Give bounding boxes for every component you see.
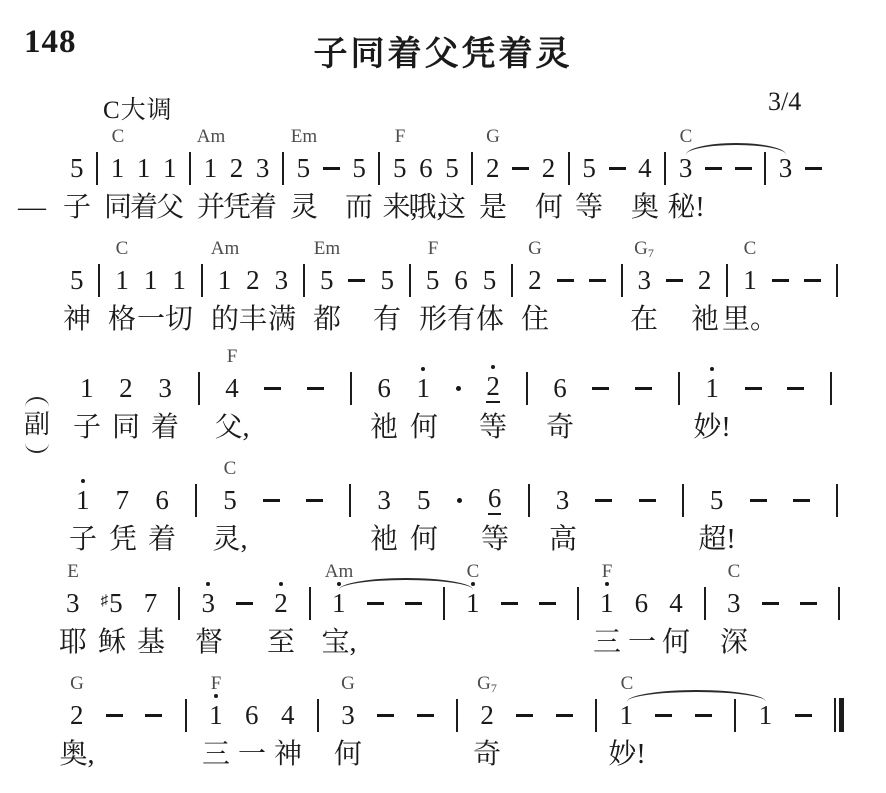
- note: 1: [466, 590, 480, 617]
- lyric-syllable: 子: [69, 522, 97, 558]
- lyric-syllable: 着: [130, 190, 158, 226]
- lyric-row: 奥,三一神何奇妙!: [70, 737, 844, 773]
- lyric-syllable: 灵: [290, 190, 318, 226]
- duration-dash: [367, 602, 384, 605]
- note: 3: [275, 267, 289, 294]
- note: 2: [486, 373, 500, 403]
- note: 1: [163, 155, 177, 182]
- page-title: 子同着父凭着灵: [0, 26, 886, 75]
- duration-dash: [405, 602, 422, 605]
- lyric-syllable: 满: [268, 302, 296, 338]
- note: 1: [137, 155, 151, 182]
- note: 1: [111, 155, 125, 182]
- lyric-syllable: 同: [112, 410, 140, 446]
- lyric-syllable: 的: [211, 302, 239, 338]
- lyric-syllable: 切: [165, 302, 193, 338]
- chord-label: C: [467, 561, 480, 583]
- duration-dash: [145, 714, 162, 717]
- note: 1: [332, 590, 346, 617]
- notes-row: 5111123555652321: [70, 262, 838, 298]
- lyric-syllable: 里。: [722, 302, 778, 338]
- chord-label: Am: [211, 238, 240, 260]
- chord-label: F: [227, 346, 238, 368]
- lyric-syllable: 父: [156, 190, 184, 226]
- final-barline-thick: [839, 698, 844, 732]
- duration-dash: [762, 602, 779, 605]
- duration-dash: [106, 714, 123, 717]
- note: 3: [727, 590, 741, 617]
- note: 5: [445, 155, 459, 182]
- barline: [303, 264, 305, 297]
- duration-dash: [512, 167, 529, 170]
- lyric-syllable: 灵,: [212, 522, 247, 558]
- note: 5: [223, 487, 237, 514]
- note: 1: [172, 267, 186, 294]
- note: 3: [679, 155, 693, 182]
- chord-label: F: [395, 126, 406, 148]
- lyric-syllable: 在: [630, 302, 658, 338]
- duration-dash: [745, 387, 762, 390]
- note: 5: [582, 155, 596, 182]
- chord-label: E: [67, 561, 79, 583]
- lyric-syllable: 何: [410, 522, 438, 558]
- note: 2: [70, 702, 84, 729]
- lyric-syllable: 至: [267, 625, 295, 661]
- duration-dash: [804, 279, 821, 282]
- chord-label: Em: [314, 238, 340, 260]
- octave-dot: [491, 365, 495, 369]
- system-2: CAmEmFGG7C5111123555652321神格一切的丰满都有形有体住在…: [70, 238, 838, 342]
- lyric-syllable: 一: [238, 737, 266, 773]
- lyric-syllable: 督: [195, 625, 223, 661]
- barline: [350, 372, 352, 405]
- chord-label: C: [112, 126, 125, 148]
- lyric-syllable: 何: [535, 190, 563, 226]
- barline: [309, 587, 311, 620]
- lyric-syllable: 祂: [370, 522, 398, 558]
- lyric-syllable: 祂: [691, 302, 719, 338]
- note: 6: [419, 155, 433, 182]
- note: 6: [488, 485, 502, 515]
- duration-dash: [655, 714, 672, 717]
- lyric-syllable: 这: [438, 190, 466, 226]
- note: 1: [743, 267, 757, 294]
- duration-dash: [666, 279, 683, 282]
- chord-label: G: [341, 673, 355, 695]
- chord-row: F: [80, 346, 832, 368]
- octave-dot: [421, 367, 425, 371]
- barline: [195, 484, 197, 517]
- note: 4: [638, 155, 652, 182]
- duration-dash: [705, 167, 722, 170]
- lyric-syllable: 等: [575, 190, 603, 226]
- barline: [178, 587, 180, 620]
- chord-row: CAmEmFGG7C: [70, 238, 838, 260]
- lyric-syllable: 宝,: [321, 625, 356, 661]
- chord-label: C: [621, 673, 634, 695]
- lyric-row: 子同着父,祂何等奇妙!: [80, 410, 832, 446]
- duration-dash: [557, 279, 574, 282]
- note: 5: [417, 487, 431, 514]
- note: 1: [209, 702, 223, 729]
- chord-label: C: [116, 238, 129, 260]
- barline: [664, 152, 666, 185]
- note: 2: [542, 155, 556, 182]
- note: 5: [710, 487, 724, 514]
- barline: [98, 264, 100, 297]
- note: 5: [393, 155, 407, 182]
- notes-row: 21643211: [70, 697, 844, 733]
- barline: [96, 152, 98, 185]
- system-3: F123461261子同着父,祂何等奇妙!: [80, 346, 832, 450]
- lyric-row: 神格一切的丰满都有形有体住在祂里。: [70, 302, 838, 338]
- barline: [830, 372, 832, 405]
- note: 1: [218, 267, 232, 294]
- note: 2: [274, 590, 288, 617]
- chord-row: EAmCFC: [66, 561, 840, 583]
- note: 3: [637, 267, 651, 294]
- system-6: GFGG7C21643211奥,三一神何奇妙!: [70, 673, 844, 777]
- chord-label: Am: [197, 126, 226, 148]
- note: 6: [245, 702, 259, 729]
- duration-dash: [539, 602, 556, 605]
- lyric-syllable: 秘!: [667, 190, 704, 226]
- lyric-row: 子凭着灵,祂何等高超!: [76, 522, 838, 558]
- lyric-syllable: 妙!: [608, 737, 645, 773]
- barline: [282, 152, 284, 185]
- duration-dash: [795, 714, 812, 717]
- lyric-syllable: 体: [476, 302, 504, 338]
- note: 3: [779, 155, 793, 182]
- refrain-label: 副: [19, 410, 55, 440]
- note: 1: [204, 155, 218, 182]
- note: 4: [669, 590, 683, 617]
- chord-label: Am: [325, 561, 354, 583]
- lyric-syllable: 三: [593, 625, 621, 661]
- notes-row: 511112355565225433: [70, 150, 822, 186]
- lyric-syllable: 等: [481, 522, 509, 558]
- chord-label: C: [744, 238, 757, 260]
- lyric-syllable: 凭: [109, 522, 137, 558]
- chord-label: F: [602, 561, 613, 583]
- augmentation-dot: [456, 386, 461, 391]
- lyric-syllable: 神: [63, 302, 91, 338]
- lyric-syllable: 子: [73, 410, 101, 446]
- lyric-syllable: 父,: [214, 410, 249, 446]
- duration-dash: [306, 499, 323, 502]
- duration-dash: [609, 167, 626, 170]
- note: 5: [320, 267, 334, 294]
- lyric-syllable: 奇: [473, 737, 501, 773]
- lyric-syllable: 而: [345, 190, 373, 226]
- note: 4: [225, 375, 239, 402]
- notes-row: 123461261: [80, 370, 832, 406]
- barline: [704, 587, 706, 620]
- chord-label: G7: [477, 673, 497, 695]
- barline: [734, 699, 736, 732]
- duration-dash: [236, 602, 253, 605]
- note: 1: [115, 267, 129, 294]
- barline: [568, 152, 570, 185]
- lyric-syllable: 祂: [370, 410, 398, 446]
- note: 7: [116, 487, 130, 514]
- sharp-icon: ♯: [101, 593, 109, 609]
- chord-label: G7: [634, 238, 654, 260]
- barline: [528, 484, 530, 517]
- chord-label: G: [528, 238, 542, 260]
- barline: [764, 152, 766, 185]
- note: 4: [281, 702, 295, 729]
- duration-dash: [592, 387, 609, 390]
- note: 5: [380, 267, 394, 294]
- barline: [836, 264, 838, 297]
- barline: [595, 699, 597, 732]
- barline: [511, 264, 513, 297]
- chord-label: G: [486, 126, 500, 148]
- note: 3: [158, 375, 172, 402]
- lyric-row: —子同着父并凭着灵而来,哦,这是何等奥秘!: [70, 190, 822, 226]
- lyric-syllable: 基: [137, 625, 165, 661]
- time-signature: 3/4: [768, 87, 801, 117]
- octave-dot: [337, 582, 341, 586]
- octave-dot: [279, 582, 283, 586]
- lyric-syllable: 一: [628, 625, 656, 661]
- duration-dash: [589, 279, 606, 282]
- note: 1: [80, 375, 94, 402]
- note: 2: [119, 375, 133, 402]
- vertical-paren-top-icon: [25, 397, 49, 408]
- note: 2: [486, 155, 500, 182]
- hymn-sheet: 148 子同着父凭着灵 C大调 3/4 副 CAmEmFGC5111123555…: [0, 0, 886, 793]
- duration-dash: [800, 602, 817, 605]
- lyric-syllable: 何: [334, 737, 362, 773]
- lyric-syllable: 奇: [546, 410, 574, 446]
- refrain-marker: 副: [19, 397, 55, 453]
- duration-dash: [556, 714, 573, 717]
- note: 3: [377, 487, 391, 514]
- note: 1: [600, 590, 614, 617]
- duration-dash: [735, 167, 752, 170]
- lyric-syllable: 超!: [698, 522, 735, 558]
- notes-row: 176535635: [76, 482, 838, 518]
- note: ♯5: [101, 590, 123, 617]
- note: 3: [341, 702, 355, 729]
- lyric-syllable: 子: [63, 190, 91, 226]
- duration-dash: [417, 714, 434, 717]
- barline: [726, 264, 728, 297]
- augmentation-dot: [457, 498, 462, 503]
- duration-dash: [639, 499, 656, 502]
- lyric-syllable: 并: [197, 190, 225, 226]
- lyric-syllable: 深: [720, 625, 748, 661]
- duration-dash: [787, 387, 804, 390]
- barline: [378, 152, 380, 185]
- note: 3: [202, 590, 216, 617]
- final-barline: [834, 698, 844, 732]
- duration-dash: [595, 499, 612, 502]
- lyric-syllable: 奥,: [59, 737, 94, 773]
- barline: [682, 484, 684, 517]
- lyric-syllable: 三: [202, 737, 230, 773]
- final-barline-thin: [834, 698, 836, 732]
- notes-row: 3♯5732111643: [66, 585, 840, 621]
- chord-label: C: [224, 458, 237, 480]
- key-signature: C大调: [103, 90, 173, 126]
- octave-dot: [471, 582, 475, 586]
- lyric-syllable: 形: [419, 302, 447, 338]
- note: 1: [620, 702, 634, 729]
- note: 1: [76, 487, 90, 514]
- note: 1: [417, 375, 431, 402]
- lyric-syllable: 奥: [631, 190, 659, 226]
- duration-dash: [805, 167, 822, 170]
- duration-dash: [263, 499, 280, 502]
- note: 6: [155, 487, 169, 514]
- octave-dot: [81, 479, 85, 483]
- note: 2: [246, 267, 260, 294]
- barline: [349, 484, 351, 517]
- lyric-syllable: 耶: [59, 625, 87, 661]
- lyric-syllable: 等: [479, 410, 507, 446]
- lyric-syllable: 妙!: [693, 410, 730, 446]
- octave-dot: [206, 582, 210, 586]
- note: 1: [705, 375, 719, 402]
- octave-dot: [214, 694, 218, 698]
- lyric-syllable: 着: [249, 190, 277, 226]
- duration-dash: [264, 387, 281, 390]
- duration-dash: [323, 167, 340, 170]
- barline: [577, 587, 579, 620]
- note: 5: [70, 267, 84, 294]
- chord-label: Em: [291, 126, 317, 148]
- note: 2: [698, 267, 712, 294]
- octave-dot: [605, 582, 609, 586]
- lyric-syllable: 同: [104, 190, 132, 226]
- note: 3: [66, 590, 80, 617]
- note: 1: [144, 267, 158, 294]
- note: 3: [256, 155, 270, 182]
- barline: [471, 152, 473, 185]
- duration-dash: [377, 714, 394, 717]
- lyric-syllable: —: [18, 190, 46, 226]
- barline: [456, 699, 458, 732]
- duration-dash: [501, 602, 518, 605]
- duration-dash: [307, 387, 324, 390]
- octave-dot: [710, 367, 714, 371]
- note: 3: [556, 487, 570, 514]
- barline: [836, 484, 838, 517]
- note: 5: [426, 267, 440, 294]
- lyric-row: 耶稣基督至宝,三一何深: [66, 625, 840, 661]
- lyric-syllable: 何: [410, 410, 438, 446]
- lyric-syllable: 高: [549, 522, 577, 558]
- duration-dash: [695, 714, 712, 717]
- system-1: CAmEmFGC511112355565225433—子同着父并凭着灵而来,哦,…: [70, 126, 822, 230]
- duration-dash: [635, 387, 652, 390]
- note: 2: [480, 702, 494, 729]
- duration-dash: [793, 499, 810, 502]
- duration-dash: [772, 279, 789, 282]
- note: 6: [454, 267, 468, 294]
- lyric-syllable: 是: [479, 190, 507, 226]
- lyric-syllable: 神: [274, 737, 302, 773]
- barline: [189, 152, 191, 185]
- note: 1: [759, 702, 773, 729]
- lyric-syllable: 凭: [223, 190, 251, 226]
- duration-dash: [750, 499, 767, 502]
- lyric-syllable: 着: [148, 522, 176, 558]
- duration-dash: [516, 714, 533, 717]
- barline: [838, 587, 840, 620]
- note: 5: [352, 155, 366, 182]
- note: 2: [230, 155, 244, 182]
- lyric-syllable: 何: [662, 625, 690, 661]
- lyric-syllable: 住: [521, 302, 549, 338]
- lyric-syllable: 格: [108, 302, 136, 338]
- barline: [621, 264, 623, 297]
- chord-label: C: [680, 126, 693, 148]
- system-4: C176535635子凭着灵,祂何等高超!: [76, 458, 838, 562]
- chord-label: F: [211, 673, 222, 695]
- lyric-syllable: 着: [151, 410, 179, 446]
- note: 6: [635, 590, 649, 617]
- barline: [317, 699, 319, 732]
- note: 5: [297, 155, 311, 182]
- chord-label: F: [428, 238, 439, 260]
- barline: [526, 372, 528, 405]
- chord-label: G: [70, 673, 84, 695]
- barline: [198, 372, 200, 405]
- barline: [678, 372, 680, 405]
- note: 7: [144, 590, 158, 617]
- lyric-syllable: 都: [313, 302, 341, 338]
- note: 6: [377, 375, 391, 402]
- chord-row: C: [76, 458, 838, 480]
- lyric-syllable: 丰: [239, 302, 267, 338]
- vertical-paren-bottom-icon: [25, 442, 49, 453]
- note: 5: [70, 155, 84, 182]
- barline: [409, 264, 411, 297]
- duration-dash: [348, 279, 365, 282]
- chord-label: C: [728, 561, 741, 583]
- lyric-syllable: 有: [447, 302, 475, 338]
- lyric-syllable: 一: [137, 302, 165, 338]
- note: 5: [483, 267, 497, 294]
- barline: [185, 699, 187, 732]
- lyric-syllable: 有: [373, 302, 401, 338]
- lyric-syllable: 稣: [98, 625, 126, 661]
- note: 2: [528, 267, 542, 294]
- barline: [443, 587, 445, 620]
- note: 6: [553, 375, 567, 402]
- system-5: EAmCFC3♯5732111643耶稣基督至宝,三一何深: [66, 561, 840, 665]
- barline: [201, 264, 203, 297]
